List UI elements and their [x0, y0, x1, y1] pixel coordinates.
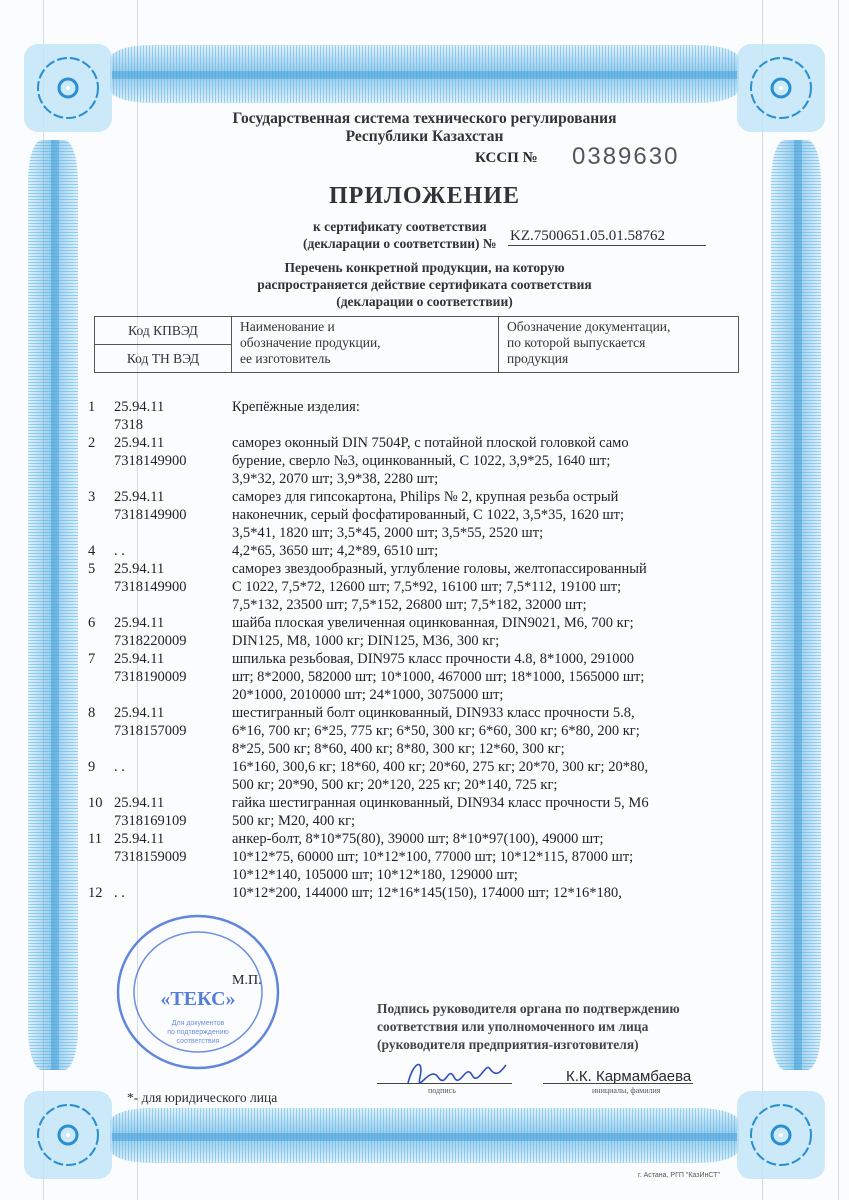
- table-row: 1125.94.11анкер-болт, 8*10*75(80), 39000…: [88, 830, 748, 848]
- tnved-code: 7318149900: [114, 506, 232, 524]
- row-number: 12: [88, 884, 114, 902]
- table-row: 125.94.11Крепёжные изделия:: [88, 398, 748, 416]
- product-description: шт; 8*2000, 582000 шт; 10*1000, 467000 ш…: [232, 668, 672, 686]
- table-row: 8*25, 500 кг; 8*60, 400 кг; 8*80, 300 кг…: [88, 740, 748, 758]
- header-product-name-l2: обозначение продукции,: [240, 335, 490, 351]
- row-number: [88, 686, 114, 704]
- header-tnved: Код ТН ВЭД: [95, 345, 232, 373]
- signature-title-l2: соответствия или уполномоченного им лица: [377, 1018, 680, 1036]
- table-row: 731815900910*12*75, 60000 шт; 10*12*100,…: [88, 848, 748, 866]
- stamp-place-label: М.П.: [232, 973, 262, 989]
- header-kpved: Код КПВЭД: [95, 317, 232, 345]
- kssp-label: КССП №: [475, 150, 538, 167]
- table-row: 4. .4,2*65, 3650 шт; 4,2*89, 6510 шт;: [88, 542, 748, 560]
- header-doc-l1: Обозначение документации,: [507, 319, 730, 335]
- svg-text:соответствия: соответствия: [177, 1038, 220, 1045]
- product-description: 3,9*32, 2070 шт; 3,9*38, 2280 шт;: [232, 470, 672, 488]
- certificate-line-2: (декларации о соответствии) №: [303, 235, 496, 252]
- product-description: бурение, сверло №3, оцинкованный, С 1022…: [232, 452, 672, 470]
- signature-caption: подпись: [428, 1086, 456, 1095]
- kpved-code: 25.94.11: [114, 794, 232, 812]
- product-description: шестигранный болт оцинкованный, DIN933 к…: [232, 704, 672, 722]
- table-row: 7318149900С 1022, 7,5*72, 12600 шт; 7,5*…: [88, 578, 748, 596]
- table-row: 225.94.11саморез оконный DIN 7504P, с по…: [88, 434, 748, 452]
- tnved-code: [114, 470, 232, 488]
- kssp-number: 0389630: [572, 143, 679, 171]
- handwritten-signature: [400, 1055, 510, 1090]
- product-description: [232, 416, 672, 434]
- table-row: 7318: [88, 416, 748, 434]
- tnved-code: 7318190009: [114, 668, 232, 686]
- kpved-code: 25.94.11: [114, 830, 232, 848]
- certificate-reference: к сертификату соответствия (декларации о…: [303, 218, 496, 252]
- tnved-code: [114, 686, 232, 704]
- tnved-code: [114, 596, 232, 614]
- svg-text:Для документов: Для документов: [172, 1020, 225, 1027]
- row-number: [88, 632, 114, 650]
- printer-imprint: г. Астана, РГП "КазИнСТ": [638, 1172, 720, 1179]
- header-product-name-l3: ее изготовитель: [240, 351, 490, 367]
- row-number: 7: [88, 650, 114, 668]
- product-description: анкер-болт, 8*10*75(80), 39000 шт; 8*10*…: [232, 830, 672, 848]
- table-row: 73181570096*16, 700 кг; 6*25, 775 кг; 6*…: [88, 722, 748, 740]
- list-title-line-1: Перечень конкретной продукции, на котору…: [0, 259, 849, 276]
- page-title: ПРИЛОЖЕНИЕ: [0, 183, 849, 210]
- row-number: [88, 776, 114, 794]
- rosette-icon: [18, 1085, 118, 1185]
- table-row: 20*1000, 2010000 шт; 24*1000, 3075000 шт…: [88, 686, 748, 704]
- row-number: [88, 470, 114, 488]
- product-description: саморез оконный DIN 7504P, с потайной пл…: [232, 434, 672, 452]
- row-number: [88, 740, 114, 758]
- certificate-number: KZ.7500651.05.01.58762: [508, 228, 706, 246]
- tnved-code: 7318220009: [114, 632, 232, 650]
- table-row: 3,5*41, 1820 шт; 3,5*45, 2000 шт; 3,5*55…: [88, 524, 748, 542]
- tnved-code: [114, 524, 232, 542]
- tnved-code: 7318159009: [114, 848, 232, 866]
- guilloche-border-top: [110, 45, 739, 103]
- row-number: [88, 578, 114, 596]
- signature-line: [377, 1083, 512, 1084]
- tnved-code: 7318149900: [114, 452, 232, 470]
- list-title-line-3: (декларации о соответствии): [0, 293, 849, 310]
- tnved-code: 7318: [114, 416, 232, 434]
- product-description: 500 кг; М20, 400 кг;: [232, 812, 672, 830]
- table-row: 625.94.11шайба плоская увеличенная оцинк…: [88, 614, 748, 632]
- kpved-code: 25.94.11: [114, 434, 232, 452]
- table-row: 12. .10*12*200, 144000 шт; 12*16*145(150…: [88, 884, 748, 902]
- kpved-code: . .: [114, 884, 232, 902]
- product-description: 10*12*140, 105000 шт; 10*12*180, 129000 …: [232, 866, 672, 884]
- product-description: саморез для гипсокартона, Philips № 2, к…: [232, 488, 672, 506]
- row-number: [88, 812, 114, 830]
- product-description: 7,5*132, 23500 шт; 7,5*152, 26800 шт; 7,…: [232, 596, 672, 614]
- table-row: 7318149900наконечник, серый фосфатирован…: [88, 506, 748, 524]
- svg-text:по подтверждению: по подтверждению: [167, 1029, 229, 1036]
- product-description: гайка шестигранная оцинкованный, DIN934 …: [232, 794, 672, 812]
- row-number: [88, 506, 114, 524]
- product-description: 6*16, 700 кг; 6*25, 775 кг; 6*50, 300 кг…: [232, 722, 672, 740]
- row-number: 6: [88, 614, 114, 632]
- row-number: [88, 452, 114, 470]
- product-description: 20*1000, 2010000 шт; 24*1000, 3075000 шт…: [232, 686, 672, 704]
- row-number: [88, 416, 114, 434]
- product-description: 8*25, 500 кг; 8*60, 400 кг; 8*80, 300 кг…: [232, 740, 672, 758]
- product-description: шайба плоская увеличенная оцинкованная, …: [232, 614, 672, 632]
- row-number: 11: [88, 830, 114, 848]
- tnved-code: 7318157009: [114, 722, 232, 740]
- product-description: Крепёжные изделия:: [232, 398, 672, 416]
- product-description: 10*12*200, 144000 шт; 12*16*145(150), 17…: [232, 884, 672, 902]
- row-number: 10: [88, 794, 114, 812]
- fold-line: [762, 0, 763, 1200]
- header-line-2: Республики Казахстан: [0, 128, 849, 146]
- row-number: 2: [88, 434, 114, 452]
- table-row: 725.94.11шпилька резьбовая, DIN975 класс…: [88, 650, 748, 668]
- header-doc-l2: по которой выпускается: [507, 335, 730, 351]
- row-number: [88, 722, 114, 740]
- header-doc-l3: продукция: [507, 351, 730, 367]
- name-caption: инициалы, фамилия: [592, 1086, 660, 1095]
- header-documentation: Обозначение документации, по которой вып…: [499, 317, 739, 373]
- row-number: [88, 866, 114, 884]
- tnved-code: [114, 866, 232, 884]
- tnved-code: 7318149900: [114, 578, 232, 596]
- row-number: 8: [88, 704, 114, 722]
- header-product-name: Наименование и обозначение продукции, ее…: [232, 317, 499, 373]
- product-description: наконечник, серый фосфатированный, С 102…: [232, 506, 672, 524]
- product-table-header: Код КПВЭД Наименование и обозначение про…: [94, 316, 739, 373]
- header-product-name-l1: Наименование и: [240, 319, 490, 335]
- guilloche-border-bottom: [110, 1108, 739, 1163]
- product-list: 125.94.11Крепёжные изделия:7318225.94.11…: [88, 398, 748, 902]
- row-number: 5: [88, 560, 114, 578]
- table-row: 825.94.11шестигранный болт оцинкованный,…: [88, 704, 748, 722]
- rosette-icon: [731, 1085, 831, 1185]
- signature-title-l3: (руководителя предприятия-изготовителя): [377, 1036, 680, 1054]
- kpved-code: 25.94.11: [114, 560, 232, 578]
- product-description: 4,2*65, 3650 шт; 4,2*89, 6510 шт;: [232, 542, 672, 560]
- row-number: 3: [88, 488, 114, 506]
- table-row: 7318220009DIN125, М8, 1000 кг; DIN125, М…: [88, 632, 748, 650]
- product-description: С 1022, 7,5*72, 12600 шт; 7,5*92, 16100 …: [232, 578, 672, 596]
- table-row: 9. .16*160, 300,6 кг; 18*60, 400 кг; 20*…: [88, 758, 748, 776]
- row-number: [88, 668, 114, 686]
- row-number: 4: [88, 542, 114, 560]
- kpved-code: 25.94.11: [114, 650, 232, 668]
- footnote: *- для юридического лица: [127, 1090, 277, 1106]
- tnved-code: 7318169109: [114, 812, 232, 830]
- row-number: 9: [88, 758, 114, 776]
- kpved-code: 25.94.11: [114, 398, 232, 416]
- signature-title: Подпись руководителя органа по подтвержд…: [377, 1000, 680, 1054]
- list-title-line-2: распространяется действие сертификата со…: [0, 276, 849, 293]
- row-number: [88, 848, 114, 866]
- product-description: 3,5*41, 1820 шт; 3,5*45, 2000 шт; 3,5*55…: [232, 524, 672, 542]
- table-row: 325.94.11саморез для гипсокартона, Phili…: [88, 488, 748, 506]
- kpved-code: 25.94.11: [114, 704, 232, 722]
- product-description: 16*160, 300,6 кг; 18*60, 400 кг; 20*60, …: [232, 758, 672, 776]
- table-row: 7318149900бурение, сверло №3, оцинкованн…: [88, 452, 748, 470]
- kpved-code: 25.94.11: [114, 614, 232, 632]
- product-description: саморез звездообразный, углубление голов…: [232, 560, 672, 578]
- table-row: 10*12*140, 105000 шт; 10*12*180, 129000 …: [88, 866, 748, 884]
- kpved-code: 25.94.11: [114, 488, 232, 506]
- row-number: 1: [88, 398, 114, 416]
- table-row: 3,9*32, 2070 шт; 3,9*38, 2280 шт;: [88, 470, 748, 488]
- list-title: Перечень конкретной продукции, на котору…: [0, 259, 849, 310]
- table-row: 525.94.11саморез звездообразный, углубле…: [88, 560, 748, 578]
- kpved-code: . .: [114, 542, 232, 560]
- product-description: 10*12*75, 60000 шт; 10*12*100, 77000 шт;…: [232, 848, 672, 866]
- signature-title-l1: Подпись руководителя органа по подтвержд…: [377, 1000, 680, 1018]
- product-description: DIN125, М8, 1000 кг; DIN125, М36, 300 кг…: [232, 632, 672, 650]
- fold-line: [838, 0, 839, 1200]
- row-number: [88, 524, 114, 542]
- table-row: 7318169109500 кг; М20, 400 кг;: [88, 812, 748, 830]
- kpved-code: . .: [114, 758, 232, 776]
- certificate-line-1: к сертификату соответствия: [303, 218, 496, 235]
- table-row: 500 кг; 20*90, 500 кг; 20*120, 225 кг; 2…: [88, 776, 748, 794]
- product-description: шпилька резьбовая, DIN975 класс прочност…: [232, 650, 672, 668]
- svg-text:«ТЕКС»: «ТЕКС»: [160, 988, 235, 1010]
- tnved-code: [114, 776, 232, 794]
- official-stamp: «ТЕКС» Для документов по подтверждению с…: [113, 910, 283, 1075]
- table-row: 7,5*132, 23500 шт; 7,5*152, 26800 шт; 7,…: [88, 596, 748, 614]
- header-line-1: Государственная система технического рег…: [0, 110, 849, 128]
- name-line: [543, 1083, 693, 1084]
- product-description: 500 кг; 20*90, 500 кг; 20*120, 225 кг; 2…: [232, 776, 672, 794]
- tnved-code: [114, 740, 232, 758]
- row-number: [88, 596, 114, 614]
- table-row: 1025.94.11гайка шестигранная оцинкованны…: [88, 794, 748, 812]
- table-row: 7318190009шт; 8*2000, 582000 шт; 10*1000…: [88, 668, 748, 686]
